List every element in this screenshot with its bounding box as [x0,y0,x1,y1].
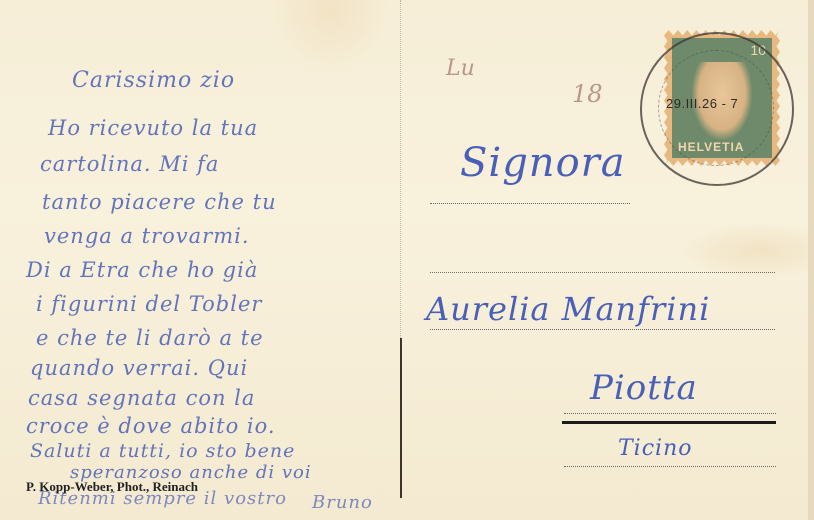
message-line: croce è dove abito io. [26,414,276,438]
center-divider-line [400,338,402,498]
message-line: tanto piacere che tu [42,190,277,214]
postmark-date: 29.III.26 - 7 [666,96,738,111]
message-line: Di a Etra che ho già [26,258,258,282]
address-salutation: Signora [460,140,626,186]
pencil-number: 18 [572,80,603,108]
message-greeting: Carissimo zio [72,68,235,93]
message-line: quando verrai. Qui [30,356,248,380]
address-recipient-name: Aurelia Manfrini [426,290,710,328]
address-line-3 [430,329,775,330]
message-line: casa segnata con la [28,386,255,410]
message-line: cartolina. Mi fa [40,152,219,176]
postcard-back: Carissimo zio Ho ricevuto la tua cartoli… [0,0,814,520]
address-line-5 [564,466,776,467]
address-line-4 [564,413,776,414]
message-line: venga a trovarmi. [44,224,250,248]
pencil-note: Lu [446,56,475,81]
address-underline-solid [562,421,776,424]
message-line: Ho ricevuto la tua [48,116,258,140]
address-town: Piotta [590,368,698,408]
address-canton: Ticino [618,436,692,461]
message-line: e che te li darò a te [36,326,264,350]
message-line: Saluti a tutti, io sto bene [30,440,295,462]
address-line-1 [430,203,630,204]
address-line-2 [430,272,775,273]
center-divider-dotted [400,0,401,340]
publisher-imprint: P. Kopp-Weber, Phot., Reinach [26,479,198,495]
message-line: i figurini del Tobler [36,292,262,316]
message-signature: Bruno [312,492,373,513]
